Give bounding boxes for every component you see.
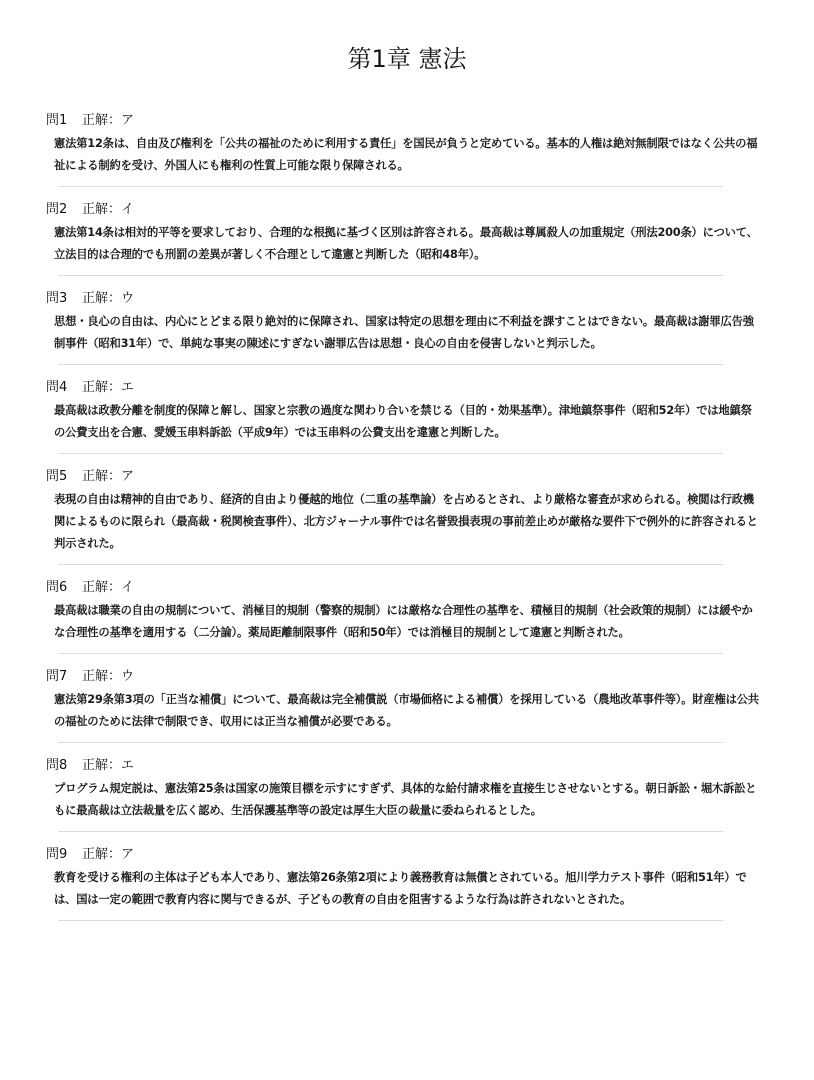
answer-item-6: 問6正解：イ 最高裁は職業の自由の規制について、消極目的規制（警察的規制）には厳… [46, 579, 766, 654]
answer-heading: 問9正解：ア [46, 846, 766, 864]
correct-answer-label: 正解：ア [82, 113, 134, 128]
answer-heading: 問1正解：ア [46, 112, 766, 130]
answer-item-2: 問2正解：イ 憲法第14条は相対的平等を要求しており、合理的な根拠に基づく区別は… [46, 201, 766, 276]
answer-heading: 問6正解：イ [46, 579, 766, 597]
answer-heading: 問2正解：イ [46, 201, 766, 219]
answer-explanation: 表現の自由は精神的自由であり、経済的自由より優越的地位（二重の基準論）を占めると… [54, 489, 759, 555]
correct-answer-label: 正解：イ [82, 202, 134, 217]
divider [58, 920, 723, 921]
answer-heading: 問3正解：ウ [46, 290, 766, 308]
question-number: 問1 [46, 112, 74, 130]
correct-answer-label: 正解：イ [82, 580, 134, 595]
divider [58, 186, 723, 187]
answer-item-3: 問3正解：ウ 思想・良心の自由は、内心にとどまる限り絶対的に保障され、国家は特定… [46, 290, 766, 365]
answer-explanation: 最高裁は職業の自由の規制について、消極目的規制（警察的規制）には厳格な合理性の基… [54, 600, 759, 644]
question-number: 問3 [46, 290, 74, 308]
question-number: 問2 [46, 201, 74, 219]
answer-heading: 問5正解：ア [46, 468, 766, 486]
correct-answer-label: 正解：ア [82, 469, 134, 484]
page-title: 第1章 憲法 [0, 42, 814, 76]
answer-heading: 問7正解：ウ [46, 668, 766, 686]
correct-answer-label: 正解：ウ [82, 291, 134, 306]
answer-explanation: 教育を受ける権利の主体は子ども本人であり、憲法第26条第2項により義務教育は無償… [54, 867, 759, 911]
question-number: 問8 [46, 757, 74, 775]
answer-explanation: プログラム規定説は、憲法第25条は国家の施策目標を示すにすぎず、具体的な給付請求… [54, 778, 759, 822]
answer-item-5: 問5正解：ア 表現の自由は精神的自由であり、経済的自由より優越的地位（二重の基準… [46, 468, 766, 565]
question-number: 問6 [46, 579, 74, 597]
question-number: 問9 [46, 846, 74, 864]
question-number: 問4 [46, 379, 74, 397]
question-number: 問7 [46, 668, 74, 686]
answer-explanation: 最高裁は政教分離を制度的保障と解し、国家と宗教の過度な関わり合いを禁じる（目的・… [54, 400, 759, 444]
correct-answer-label: 正解：ウ [82, 669, 134, 684]
question-number: 問5 [46, 468, 74, 486]
document-page: 第1章 憲法 問1正解：ア 憲法第12条は、自由及び権利を「公共の福祉のために利… [0, 0, 814, 1080]
answer-explanation: 憲法第14条は相対的平等を要求しており、合理的な根拠に基づく区別は許容される。最… [54, 222, 759, 266]
answer-item-9: 問9正解：ア 教育を受ける権利の主体は子ども本人であり、憲法第26条第2項により… [46, 846, 766, 921]
answer-explanation: 憲法第29条第3項の「正当な補償」について、最高裁は完全補償説（市場価格による補… [54, 689, 759, 733]
answer-explanation: 思想・良心の自由は、内心にとどまる限り絶対的に保障され、国家は特定の思想を理由に… [54, 311, 759, 355]
answer-heading: 問8正解：エ [46, 757, 766, 775]
answer-item-7: 問7正解：ウ 憲法第29条第3項の「正当な補償」について、最高裁は完全補償説（市… [46, 668, 766, 743]
divider [58, 653, 723, 654]
divider [58, 564, 723, 565]
divider [58, 831, 723, 832]
divider [58, 275, 723, 276]
answer-list: 問1正解：ア 憲法第12条は、自由及び権利を「公共の福祉のために利用する責任」を… [46, 112, 766, 935]
divider [58, 453, 723, 454]
answer-item-8: 問8正解：エ プログラム規定説は、憲法第25条は国家の施策目標を示すにすぎず、具… [46, 757, 766, 832]
divider [58, 742, 723, 743]
correct-answer-label: 正解：エ [82, 380, 134, 395]
answer-heading: 問4正解：エ [46, 379, 766, 397]
answer-item-1: 問1正解：ア 憲法第12条は、自由及び権利を「公共の福祉のために利用する責任」を… [46, 112, 766, 187]
answer-item-4: 問4正解：エ 最高裁は政教分離を制度的保障と解し、国家と宗教の過度な関わり合いを… [46, 379, 766, 454]
correct-answer-label: 正解：エ [82, 758, 134, 773]
answer-explanation: 憲法第12条は、自由及び権利を「公共の福祉のために利用する責任」を国民が負うと定… [54, 133, 759, 177]
correct-answer-label: 正解：ア [82, 847, 134, 862]
divider [58, 364, 723, 365]
